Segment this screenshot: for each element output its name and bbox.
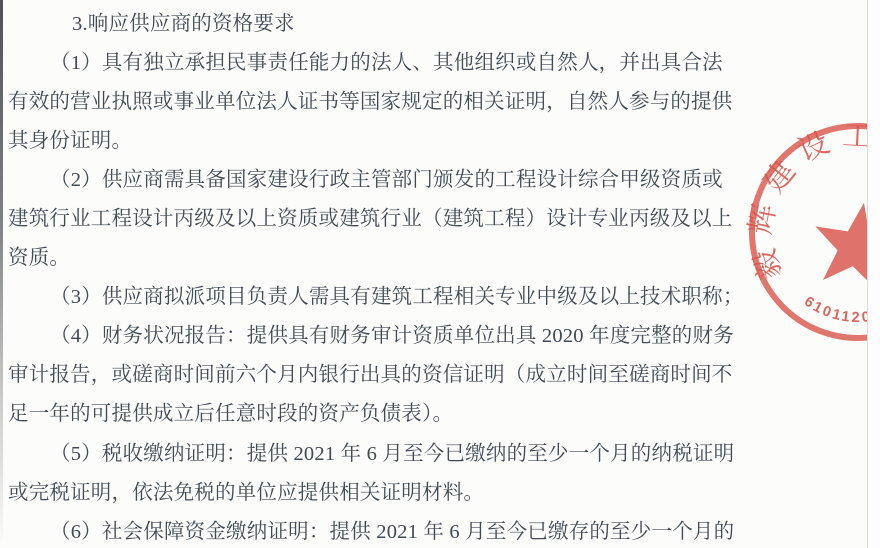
doc-line: 3.响应供应商的资格要求 <box>8 1 724 40</box>
scan-edge-right <box>867 0 868 548</box>
doc-line: （4）财务状况报告：提供具有财务审计资质单位出具 2020 年度完整的财务 <box>8 314 724 353</box>
doc-line: 审计报告，或磋商时间前六个月内银行出具的资信证明（成立时间至磋商时间不 <box>8 353 724 392</box>
seal-number: 610112015 <box>801 294 868 326</box>
seal-ring <box>752 126 868 338</box>
doc-line: （5）税收缴纳证明：提供 2021 年 6 月至今已缴纳的至少一个月的纳税证明 <box>8 431 724 470</box>
doc-line: 足一年的可提供成立后任意时段的资产负债表）。 <box>8 392 724 431</box>
scanned-document-page: 3.响应供应商的资格要求 （1）具有独立承担民事责任能力的法人、其他组织或自然人… <box>0 0 880 548</box>
doc-line: 有效的营业执照或事业单位法人证书等国家规定的相关证明，自然人参与的提供 <box>8 79 724 118</box>
doc-line: （6）社会保障资金缴纳证明：提供 2021 年 6 月至今已缴存的至少一个月的 <box>8 509 724 548</box>
doc-line: （1）具有独立承担民事责任能力的法人、其他组织或自然人，并出具合法 <box>8 40 724 79</box>
scan-right-margin <box>868 0 880 548</box>
doc-line: 或完税证明，依法免税的单位应提供相关证明材料。 <box>8 470 724 509</box>
red-company-seal: 毅辉建设工程咨询 610112015 <box>728 102 868 364</box>
scan-edge-left <box>0 0 3 548</box>
star-icon <box>807 195 868 292</box>
doc-line: 其身份证明。 <box>8 118 724 157</box>
seal-arc-text: 毅辉建设工程咨询 <box>744 119 868 283</box>
document-text-block: 3.响应供应商的资格要求 （1）具有独立承担民事责任能力的法人、其他组织或自然人… <box>8 1 724 548</box>
doc-line: 资质。 <box>8 236 724 275</box>
doc-line: 建筑行业工程设计丙级及以上资质或建筑行业（建筑工程）设计专业丙级及以上 <box>8 196 724 235</box>
doc-line: （3）供应商拟派项目负责人需具有建筑工程相关专业中级及以上技术职称； <box>8 275 724 314</box>
doc-line: （2）供应商需具备国家建设行政主管部门颁发的工程设计综合甲级资质或 <box>8 157 724 196</box>
